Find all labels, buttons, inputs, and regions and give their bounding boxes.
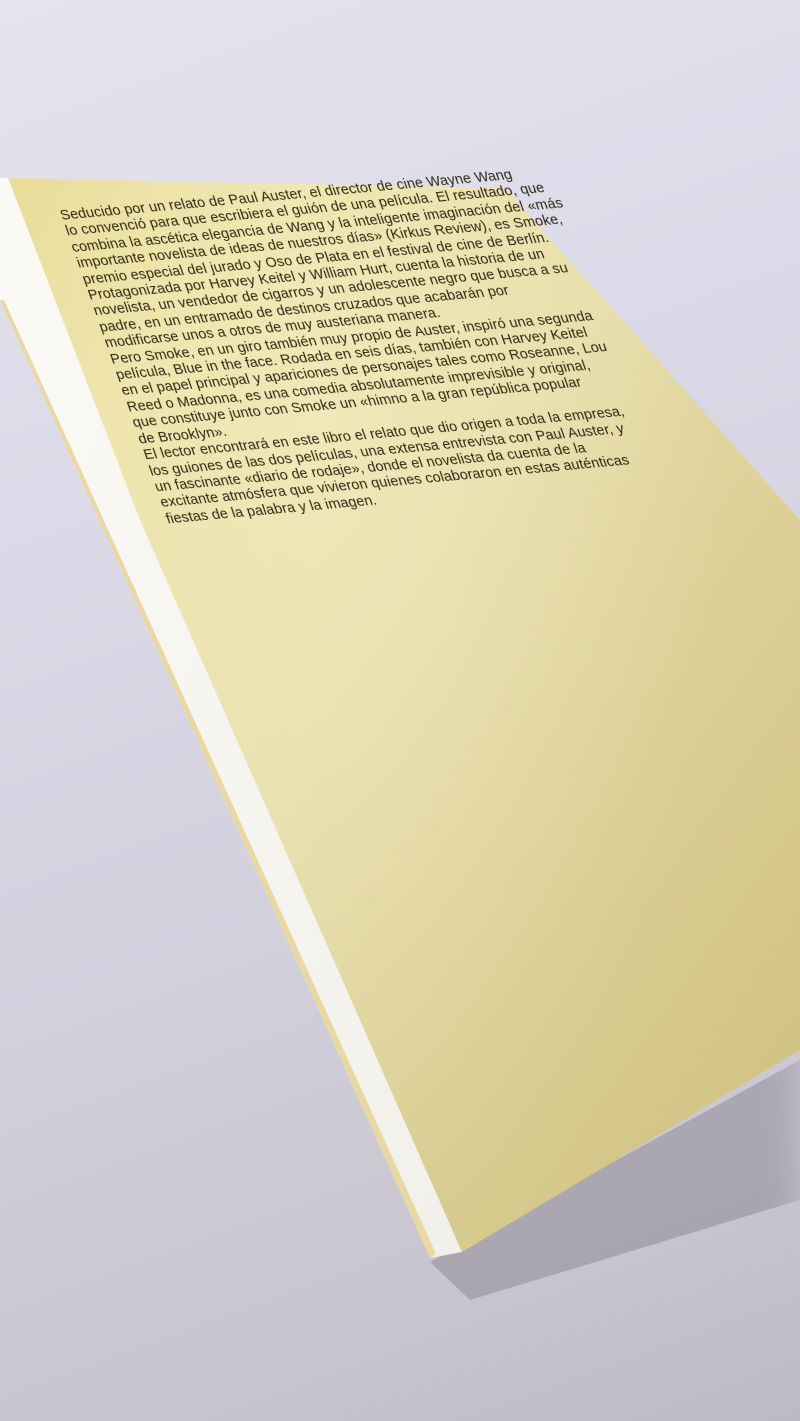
- blurb-paragraph-1: Seducido por un relato de Paul Auster, e…: [58, 161, 659, 448]
- photo-scene: Seducido por un relato de Paul Auster, e…: [0, 0, 800, 1421]
- back-cover-blurb: Seducido por un relato de Paul Auster, e…: [58, 161, 687, 527]
